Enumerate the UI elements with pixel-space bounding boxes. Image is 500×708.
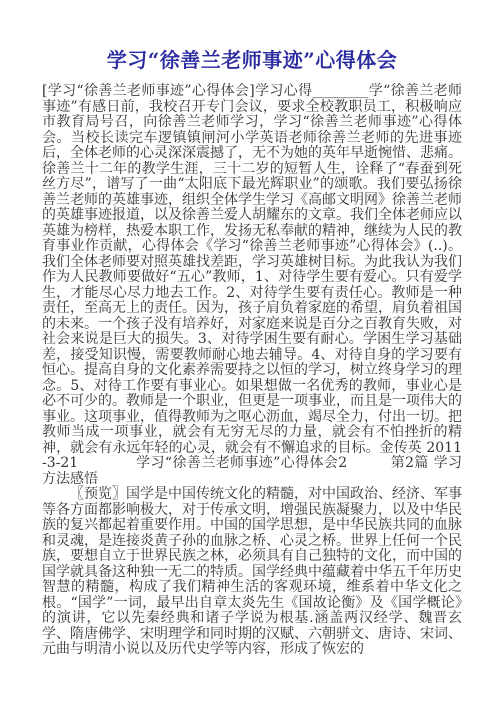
page-title: 学习“徐善兰老师事迹”心得体会 — [42, 48, 462, 72]
document-body: [学习“徐善兰老师事迹”心得体会]学习心得________学“徐善兰老师事迹”有… — [42, 84, 462, 658]
paragraph-preview-guoxue: 〖预览〗国学是中国传统文化的精髓，对中国政治、经济、军事等各方面都影响极大，对于… — [42, 487, 462, 658]
document-page: 学习“徐善兰老师事迹”心得体会 [学习“徐善兰老师事迹”心得体会]学习心得___… — [0, 0, 500, 708]
paragraph-main-experience: [学习“徐善兰老师事迹”心得体会]学习心得________学“徐善兰老师事迹”有… — [42, 84, 462, 487]
